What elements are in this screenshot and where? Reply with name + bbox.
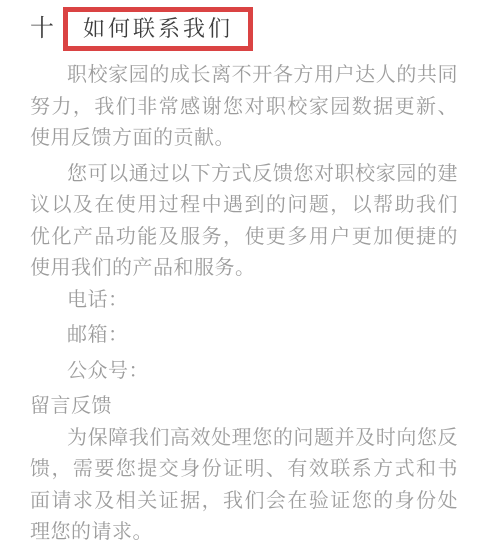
section-title: 如何联系我们 (83, 16, 233, 41)
paragraph-verification: 为保障我们高效处理您的问题并及时向您反馈，需要您提交身份证明、有效联系方式和书面… (30, 423, 458, 549)
section-heading-row: 十 如何联系我们 (30, 7, 458, 51)
contact-item-wechat-account: 公众号： (30, 356, 458, 388)
contact-item-email: 邮箱： (30, 320, 458, 352)
section-number: 十 (30, 17, 54, 41)
contact-section-page: 十 如何联系我们 职校家园的成长离不开各方用户达人的共同努力，我们非常感谢您对职… (0, 0, 485, 549)
paragraph-feedback-channels: 您可以通过以下方式反馈您对职校家园的建议以及在使用过程中遇到的问题，以帮助我们优… (30, 159, 458, 285)
contact-item-message-feedback: 留言反馈 (30, 391, 458, 423)
heading-highlight-box: 如何联系我们 (63, 7, 253, 51)
paragraph-intro: 职校家园的成长离不开各方用户达人的共同努力，我们非常感谢您对职校家园数据更新、使… (30, 60, 458, 155)
contact-item-phone: 电话： (30, 285, 458, 317)
